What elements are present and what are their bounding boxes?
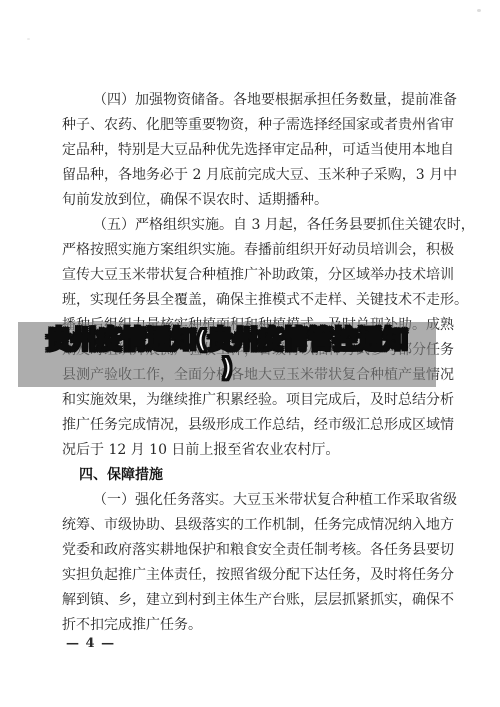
document-line: 推广任务完成情况，县级形成工作总结，经市级汇总形成区域情 [62, 413, 444, 438]
document-line: 班，实现任务县全覆盖，确保主推模式不走样、关键技术不走形。 [62, 288, 444, 313]
document-line: 种子、农药、化肥等重要物资，种子需选择经国家或者贵州省审 [62, 113, 444, 138]
scan-artifact-speck [477, 9, 481, 12]
document-line: 定品种，特别是大豆品种优先选择审定品种，可适当使用本地自 [62, 138, 444, 163]
document-line: 统筹、市级协助、县级落实的工作机制，任务完成情况纳入地方 [62, 513, 444, 538]
document-line: 党委和政府落实耕地保护和粮食安全责任制考核。各任务县要切 [62, 538, 444, 563]
watermark-title-band: 贵州疫情通知(贵州疫情管控通知 ) [18, 322, 436, 387]
scan-artifact-speck [27, 38, 30, 40]
watermark-title-line1: 贵州疫情通知(贵州疫情管控通知 [18, 326, 436, 354]
section-heading: 四、保障措施 [62, 463, 444, 488]
page-number: — 4 — [66, 636, 115, 651]
document-line: （四）加强物资储备。各地要根据承担任务数量，提前准备 [62, 88, 444, 113]
document-line: 宣传大豆玉米带状复合种植推广补助政策，分区域举办技术培训 [62, 263, 444, 288]
document-line: 况后于 12 月 10 日前上报至省农业农村厅。 [62, 438, 444, 463]
document-line: （一）强化任务落实。大豆玉米带状复合种植工作采取省级 [62, 488, 444, 513]
document-line: 旬前发放到位，确保不误农时、适期播种。 [62, 188, 444, 213]
scanned-document-page: （四）加强物资储备。各地要根据承担任务数量，提前准备 种子、农药、化肥等重要物资… [0, 0, 500, 707]
document-line: 和实施效果，为继续推广积累经验。项目完成后，及时总结分析 [62, 388, 444, 413]
document-line: 严格按照实施方案组织实施。春播前组织开好动员培训会，积极 [62, 238, 444, 263]
document-line: 留品种，各地务必于 2 月底前完成大豆、玉米种子采购，3 月中 [62, 163, 444, 188]
document-line: 实担负起推广主体责任，按照省级分配下达任务，及时将任务分 [62, 563, 444, 588]
watermark-title-line2: ) [18, 355, 436, 381]
document-line: 折不扣完成推广任务。 [62, 613, 444, 638]
document-line: 解到镇、乡，建立到村到主体生产台账，层层抓紧抓实，确保不 [62, 588, 444, 613]
document-line: （五）严格组织实施。自 3 月起，各任务县要抓住关键农时， [62, 213, 444, 238]
